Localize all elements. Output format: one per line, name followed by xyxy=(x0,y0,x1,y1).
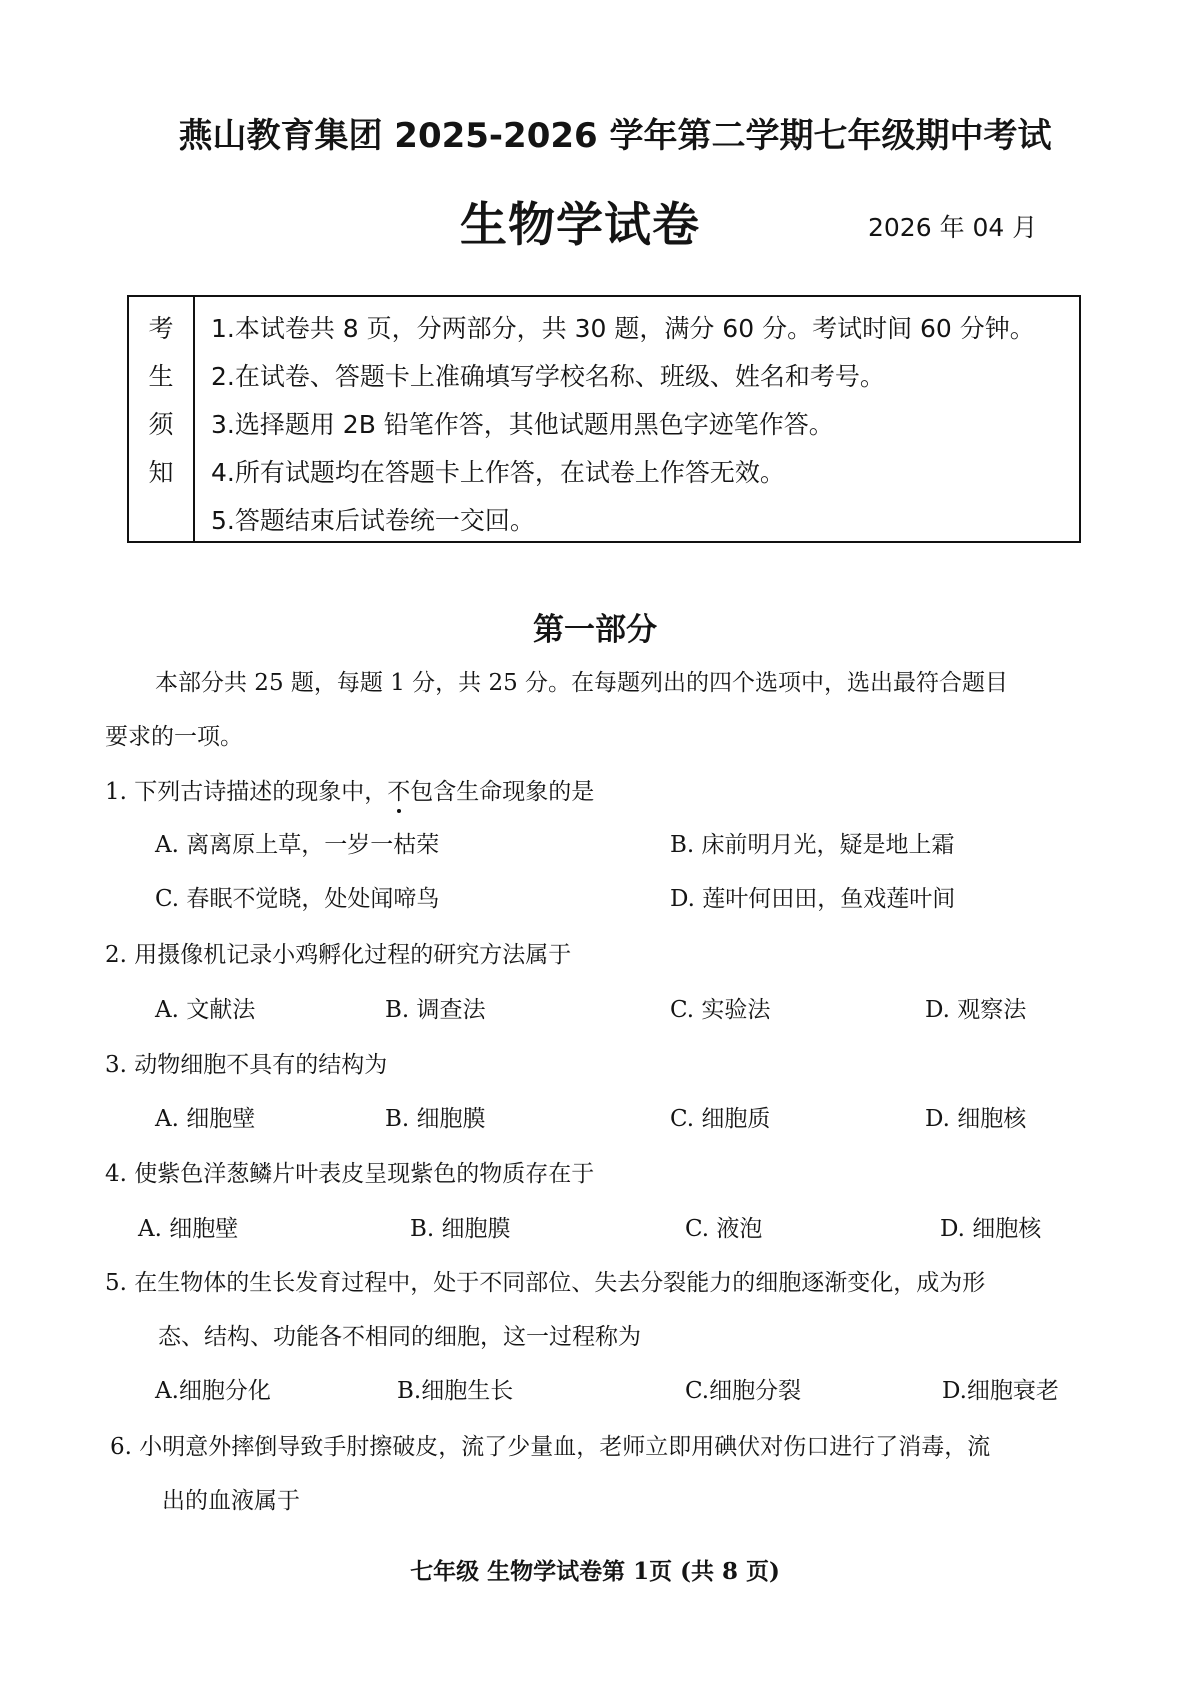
question-5-option-d: D.细胞衰老 xyxy=(942,1372,1059,1405)
notice-item: 2.在试卷、答题卡上准确填写学校名称、班级、姓名和考号。 xyxy=(211,357,885,393)
emphasis-mark: 不 xyxy=(387,779,410,805)
question-1-option-c: C. 春眠不觉晓，处处闻啼鸟 xyxy=(155,880,439,913)
question-4-option-d: D. 细胞核 xyxy=(940,1210,1041,1243)
question-1-option-b: B. 床前明月光，疑是地上霜 xyxy=(670,826,955,859)
question-5-option-b: B.细胞生长 xyxy=(397,1372,513,1405)
question-4-option-a: A. 细胞壁 xyxy=(138,1210,238,1243)
exam-title: 燕山教育集团 2025-2026 学年第二学期七年级期中考试 xyxy=(0,108,1190,157)
question-3-option-b: B. 细胞膜 xyxy=(385,1100,486,1133)
question-5-option-c: C.细胞分裂 xyxy=(685,1372,801,1405)
question-3-option-c: C. 细胞质 xyxy=(670,1100,770,1133)
question-3-stem: 3. 动物细胞不具有的结构为 xyxy=(105,1046,387,1079)
question-4-option-c: C. 液泡 xyxy=(685,1210,762,1243)
question-2-option-a: A. 文献法 xyxy=(155,991,255,1024)
exam-subject-title: 生物学试卷 xyxy=(460,188,700,255)
notice-item: 4.所有试题均在答题卡上作答，在试卷上作答无效。 xyxy=(211,453,785,489)
notice-side-char: 考 xyxy=(129,309,193,345)
question-5-stem-cont: 态、结构、功能各不相同的细胞，这一过程称为 xyxy=(158,1318,641,1351)
exam-notice-box: 考 生 须 知 1.本试卷共 8 页，分两部分，共 30 题，满分 60 分。考… xyxy=(127,295,1081,543)
question-1-option-d: D. 莲叶何田田，鱼戏莲叶间 xyxy=(670,880,955,913)
part-one-intro: 本部分共 25 题，每题 1 分，共 25 分。在每题列出的四个选项中，选出最符… xyxy=(155,664,1008,697)
question-4-stem: 4. 使紫色洋葱鳞片叶表皮呈现紫色的物质存在于 xyxy=(105,1155,594,1188)
notice-side-char: 知 xyxy=(129,453,193,489)
question-2-option-d: D. 观察法 xyxy=(925,991,1026,1024)
question-2-stem: 2. 用摄像机记录小鸡孵化过程的研究方法属于 xyxy=(105,936,571,969)
notice-side-char: 须 xyxy=(129,405,193,441)
question-4-option-b: B. 细胞膜 xyxy=(410,1210,511,1243)
question-6-stem: 6. 小明意外摔倒导致手肘擦破皮，流了少量血，老师立即用碘伏对伤口进行了消毒，流 xyxy=(110,1428,990,1461)
notice-side-char: 生 xyxy=(129,357,193,393)
question-6-stem-cont: 出的血液属于 xyxy=(162,1482,300,1515)
question-3-option-d: D. 细胞核 xyxy=(925,1100,1026,1133)
question-2-option-b: B. 调查法 xyxy=(385,991,486,1024)
part-one-intro-cont: 要求的一项。 xyxy=(105,718,243,751)
part-one-title: 第一部分 xyxy=(0,604,1190,649)
notice-item: 1.本试卷共 8 页，分两部分，共 30 题，满分 60 分。考试时间 60 分… xyxy=(211,309,1035,345)
question-3-option-a: A. 细胞壁 xyxy=(155,1100,255,1133)
notice-item: 5.答题结束后试卷统一交回。 xyxy=(211,501,535,537)
page-footer: 七年级 生物学试卷第 1页 (共 8 页) xyxy=(0,1553,1190,1586)
question-1-option-a: A. 离离原上草，一岁一枯荣 xyxy=(155,826,439,859)
question-2-option-c: C. 实验法 xyxy=(670,991,770,1024)
exam-date: 2026 年 04 月 xyxy=(868,208,1037,244)
question-5-stem: 5. 在生物体的生长发育过程中，处于不同部位、失去分裂能力的细胞逐渐变化，成为形 xyxy=(105,1264,985,1297)
notice-item: 3.选择题用 2B 铅笔作答，其他试题用黑色字迹笔作答。 xyxy=(211,405,834,441)
question-5-option-a: A.细胞分化 xyxy=(155,1372,271,1405)
notice-side-label: 考 生 须 知 xyxy=(129,297,195,541)
question-1-stem: 1. 下列古诗描述的现象中，不包含生命现象的是 xyxy=(105,773,594,806)
